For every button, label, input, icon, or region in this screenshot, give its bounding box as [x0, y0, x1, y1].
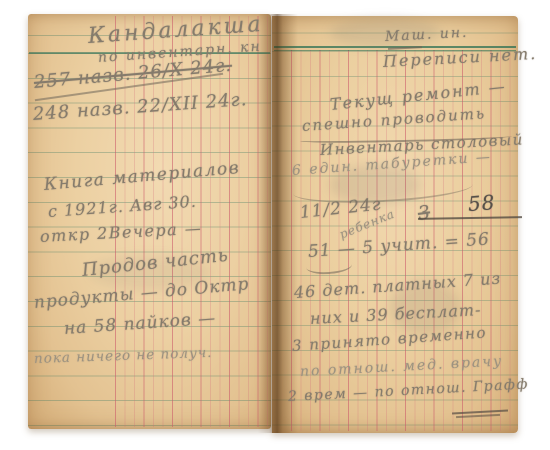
handwritten-number: 58	[467, 190, 496, 216]
notebook-scan: { "notebook": { "left_page": { "lines": …	[0, 0, 550, 450]
